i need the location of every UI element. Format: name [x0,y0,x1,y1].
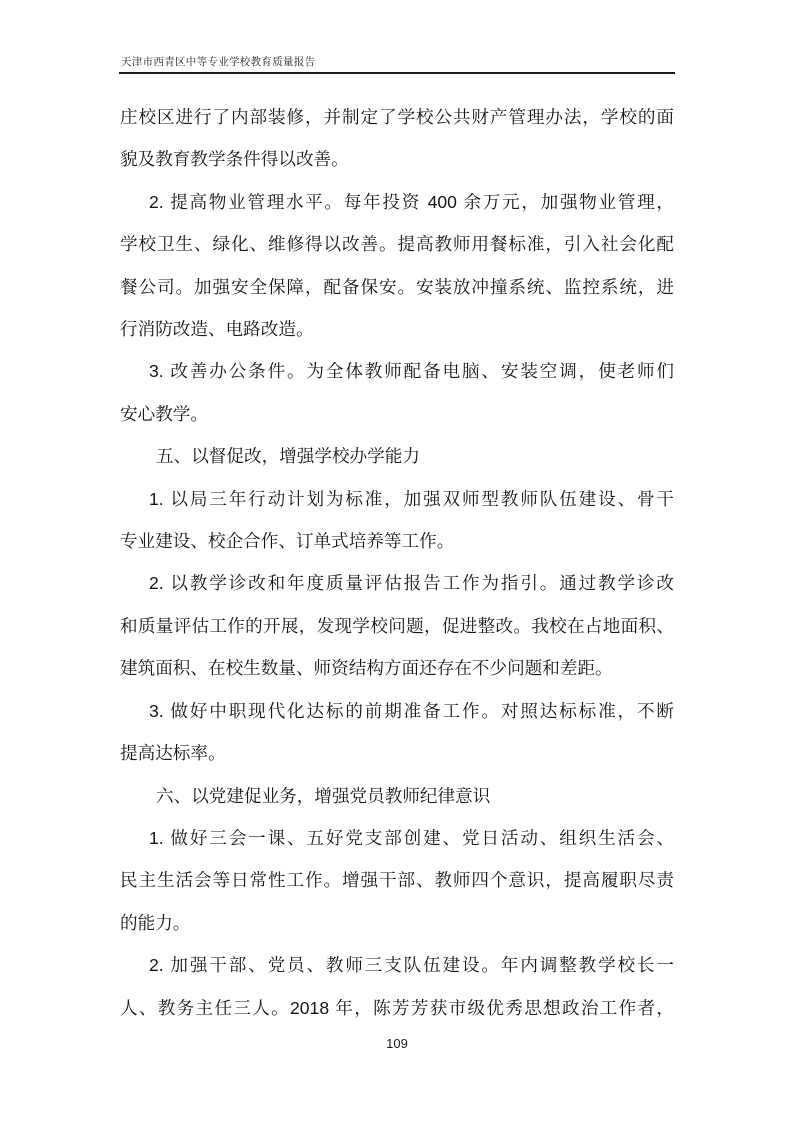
text-line: 行消防改造、电路改造。 [120,308,674,350]
running-header-title: 天津市西青区中等专业学校教育质量报告 [121,54,315,69]
text-line: 五、以督促改，增强学校办学能力 [120,435,674,477]
text-line: 建筑面积、在校生数量、师资结构方面还存在不少问题和差距。 [120,647,674,689]
text-line: 的能力。 [120,902,674,944]
text-line: 2. 提高物业管理水平。每年投资 400 余万元，加强物业管理， [120,181,674,223]
numbered-paragraph: 2. 提高物业管理水平。每年投资 400 余万元，加强物业管理，学校卫生、绿化、… [120,181,674,351]
text-line: 貌及教育教学条件得以改善。 [120,138,674,180]
text-line: 1. 以局三年行动计划为标准，加强双师型教师队伍建设、骨干 [120,478,674,520]
numbered-paragraph: 1. 做好三会一课、五好党支部创建、党日活动、组织生活会、民主生活会等日常性工作… [120,817,674,944]
numbered-paragraph: 3. 改善办公条件。为全体教师配备电脑、安装空调，使老师们安心教学。 [120,350,674,435]
text-line: 学校卫生、绿化、维修得以改善。提高教师用餐标准，引入社会化配 [120,223,674,265]
text-line: 餐公司。加强安全保障，配备保安。安装放冲撞系统、监控系统，进 [120,266,674,308]
text-line: 安心教学。 [120,393,674,435]
numbered-paragraph: 2. 以教学诊改和年度质量评估报告工作为指引。通过教学诊改和质量评估工作的开展，… [120,562,674,689]
section-heading: 六、以党建促业务，增强党员教师纪律意识 [120,775,674,817]
text-line: 3. 做好中职现代化达标的前期准备工作。对照达标标准，不断 [120,690,674,732]
text-line: 专业建设、校企合作、订单式培养等工作。 [120,520,674,562]
section-heading: 五、以督促改，增强学校办学能力 [120,435,674,477]
header-rule [119,72,675,74]
text-line: 2. 加强干部、党员、教师三支队伍建设。年内调整教学校长一 [120,944,674,986]
document-page: 天津市西青区中等专业学校教育质量报告 庄校区进行了内部装修，并制定了学校公共财产… [0,0,793,1122]
text-line: 提高达标率。 [120,732,674,774]
text-line: 庄校区进行了内部装修，并制定了学校公共财产管理办法，学校的面 [120,96,674,138]
numbered-paragraph: 2. 加强干部、党员、教师三支队伍建设。年内调整教学校长一人、教务主任三人。20… [120,944,674,1029]
paragraph-continuation: 庄校区进行了内部装修，并制定了学校公共财产管理办法，学校的面貌及教育教学条件得以… [120,96,674,181]
text-line: 人、教务主任三人。2018 年，陈芳芳获市级优秀思想政治工作者， [120,987,674,1029]
document-body: 庄校区进行了内部装修，并制定了学校公共财产管理办法，学校的面貌及教育教学条件得以… [120,96,674,1029]
text-line: 六、以党建促业务，增强党员教师纪律意识 [120,775,674,817]
text-line: 3. 改善办公条件。为全体教师配备电脑、安装空调，使老师们 [120,350,674,392]
page-number: 109 [386,1036,408,1051]
numbered-paragraph: 1. 以局三年行动计划为标准，加强双师型教师队伍建设、骨干专业建设、校企合作、订… [120,478,674,563]
numbered-paragraph: 3. 做好中职现代化达标的前期准备工作。对照达标标准，不断提高达标率。 [120,690,674,775]
text-line: 和质量评估工作的开展，发现学校问题，促进整改。我校在占地面积、 [120,605,674,647]
text-line: 2. 以教学诊改和年度质量评估报告工作为指引。通过教学诊改 [120,562,674,604]
page-header: 天津市西青区中等专业学校教育质量报告 [120,0,675,75]
text-line: 1. 做好三会一课、五好党支部创建、党日活动、组织生活会、 [120,817,674,859]
text-line: 民主生活会等日常性工作。增强干部、教师四个意识，提高履职尽责 [120,859,674,901]
page-footer: 109 [120,1036,674,1051]
